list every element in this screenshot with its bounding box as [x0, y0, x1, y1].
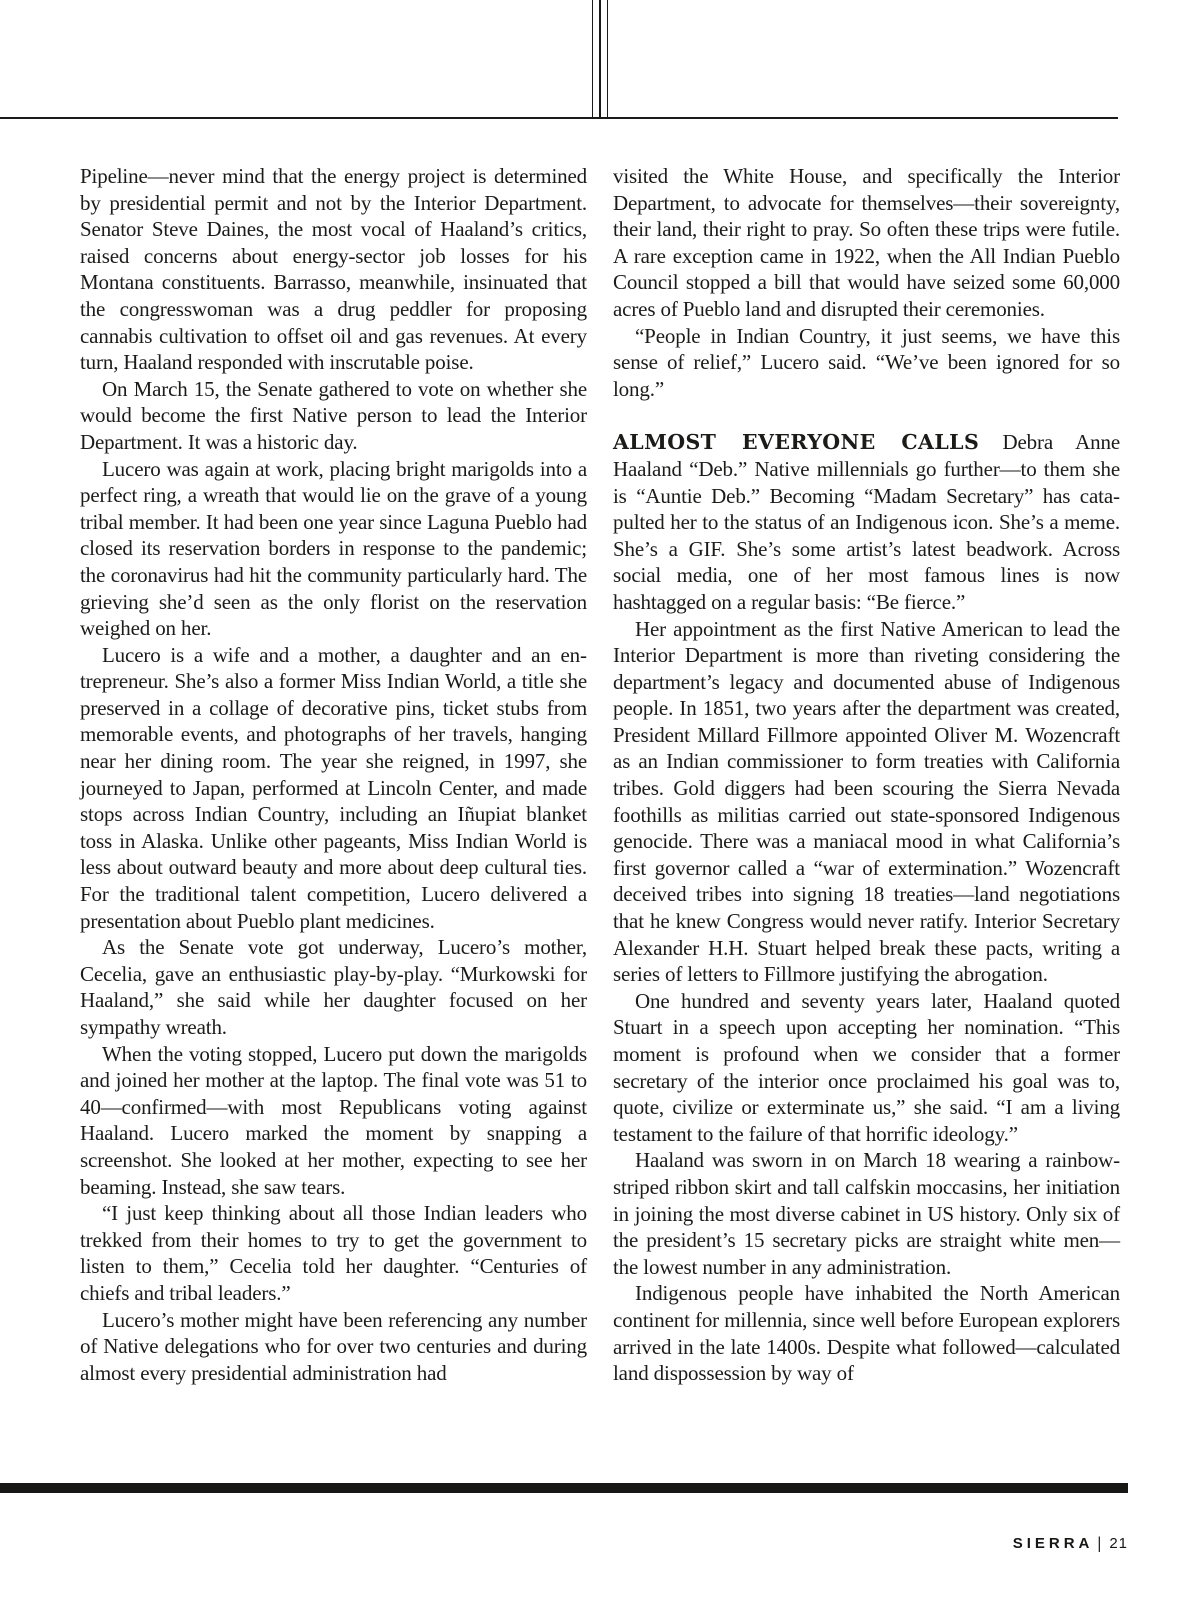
section-paragraph: ALMOST EVERYONE CALLS Debra Anne Haaland… — [613, 429, 1120, 615]
paragraph: As the Senate vote got underway, Lucero’… — [80, 934, 587, 1040]
footer: SIERRA | 21 — [1013, 1535, 1128, 1552]
paragraph: visited the White House, and specificall… — [613, 163, 1120, 323]
text-column-right: visited the White House, and specificall… — [613, 163, 1120, 1387]
paragraph: Indigenous people have inhabited the Nor… — [613, 1280, 1120, 1386]
paragraph: When the voting stopped, Lucero put down… — [80, 1041, 587, 1201]
gutter-fold-mark-center — [599, 0, 601, 118]
paragraph: Her appointment as the first Native Amer… — [613, 616, 1120, 988]
paragraph: “I just keep thinking about all those In… — [80, 1200, 587, 1306]
paragraph: Lucero’s mother might have been referenc… — [80, 1307, 587, 1387]
paragraph: “People in Indian Country, it just seems… — [613, 323, 1120, 403]
gutter-fold-mark-left — [592, 0, 593, 118]
paragraph: Haaland was sworn in on March 18 wearing… — [613, 1147, 1120, 1280]
paragraph: Pipeline—never mind that the energy proj… — [80, 163, 587, 376]
footer-rule — [0, 1483, 1128, 1493]
paragraph: On March 15, the Senate gathered to vote… — [80, 376, 587, 456]
magazine-page: Pipeline—never mind that the energy proj… — [0, 0, 1200, 1600]
magazine-name: SIERRA — [1013, 1535, 1094, 1552]
paragraph: Lucero was again at work, placing bright… — [80, 456, 587, 642]
page-number: 21 — [1109, 1535, 1128, 1552]
article-body: Pipeline—never mind that the energy proj… — [80, 163, 1120, 1387]
footer-separator: | — [1097, 1534, 1101, 1553]
text-column-left: Pipeline—never mind that the energy proj… — [80, 163, 587, 1387]
gutter-fold-mark-right — [607, 0, 608, 118]
paragraph: Lucero is a wife and a mother, a daughte… — [80, 642, 587, 935]
section-lead-in: ALMOST EVERYONE CALLS — [613, 430, 979, 454]
header-rule — [0, 117, 1118, 119]
paragraph: One hundred and seventy years later, Haa… — [613, 988, 1120, 1148]
